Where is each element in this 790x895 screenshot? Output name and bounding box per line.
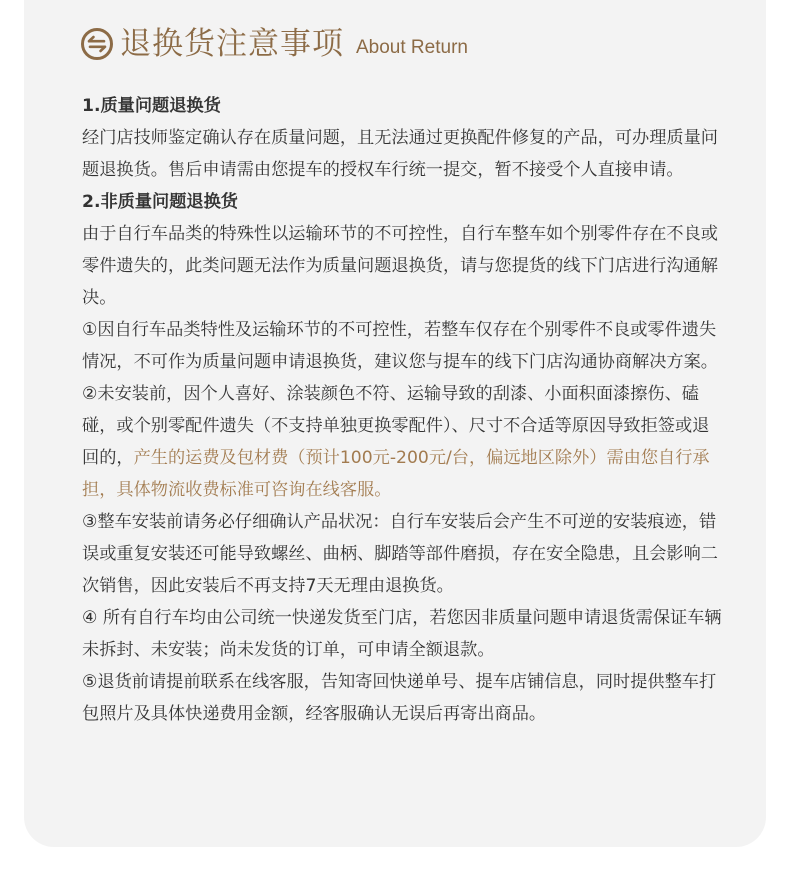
page-title: 退换货注意事项	[120, 24, 344, 64]
paragraph-non-quality-intro: 由于自行车品类的特殊性以运输环节的不可控性，自行车整车如个别零件存在不良或零件遗…	[82, 218, 722, 314]
return-policy-content: 1.质量问题退换货 经门店技师鉴定确认存在质量问题，且无法通过更换配件修复的产品…	[82, 90, 722, 730]
section-header: 退换货注意事项 About Return	[80, 24, 468, 64]
section-title-quality: 1.质量问题退换货	[82, 90, 722, 122]
shipping-fee-highlight: 产生的运费及包材费（预计100元-200元/台，偏远地区除外）需由您自行承担，具…	[82, 448, 710, 500]
page-subtitle: About Return	[356, 32, 468, 64]
paragraph-item-2: ②未安装前，因个人喜好、涂装颜色不符、运输导致的刮漆、小面积面漆擦伤、磕碰，或个…	[82, 378, 722, 506]
exchange-icon	[80, 27, 114, 61]
paragraph-quality-return: 经门店技师鉴定确认存在质量问题，且无法通过更换配件修复的产品，可办理质量问题退换…	[82, 122, 722, 186]
paragraph-item-4: ④ 所有自行车均由公司统一快递发货至门店，若您因非质量问题申请退货需保证车辆未拆…	[82, 602, 722, 666]
paragraph-item-1: ①因自行车品类特性及运输环节的不可控性，若整车仅存在个别零件不良或零件遗失情况，…	[82, 314, 722, 378]
paragraph-item-3: ③整车安装前请务必仔细确认产品状况：自行车安装后会产生不可逆的安装痕迹，错误或重…	[82, 506, 722, 602]
paragraph-item-5: ⑤退货前请提前联系在线客服，告知寄回快递单号、提车店铺信息，同时提供整车打包照片…	[82, 666, 722, 730]
section-title-non-quality: 2.非质量问题退换货	[82, 186, 722, 218]
